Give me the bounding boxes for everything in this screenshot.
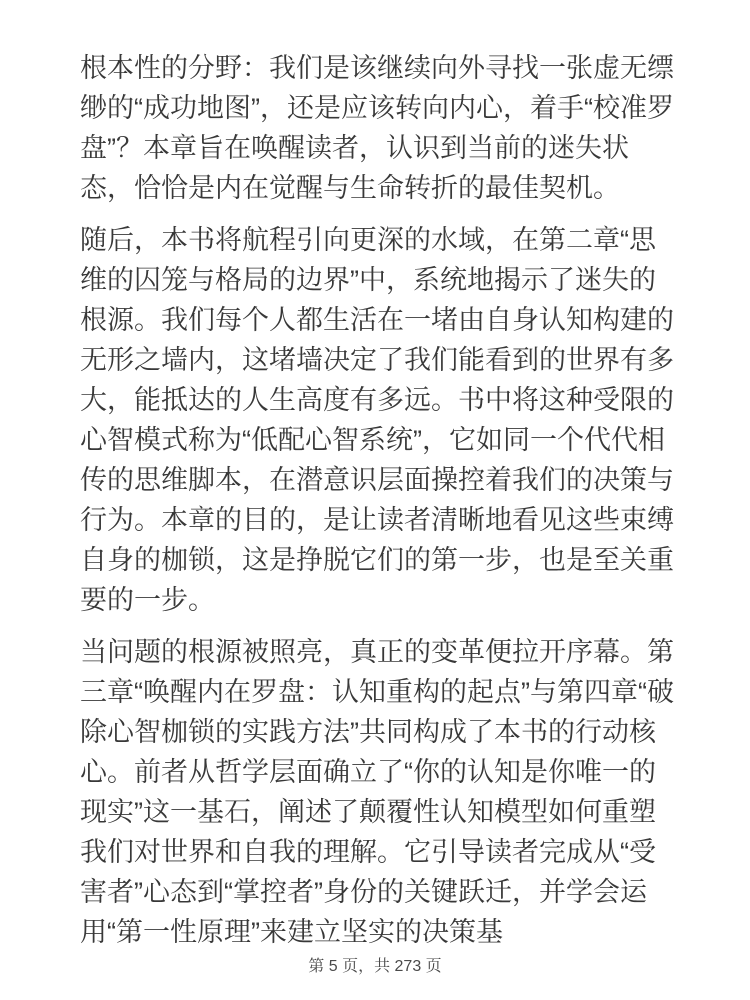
page-body: 根本性的分野：我们是该继续向外寻找一张虚无缥缈的“成功地图”，还是应该转向内心，… [0, 0, 750, 952]
body-paragraph-2: 随后，本书将航程引向更深的水域，在第二章“思维的囚笼与格局的边界”中，系统地揭示… [80, 220, 676, 620]
page-footer: 第 5 页，共 273 页 [0, 956, 750, 978]
page-number-indicator: 第 5 页，共 273 页 [308, 958, 441, 975]
body-paragraph-1: 根本性的分野：我们是该继续向外寻找一张虚无缥缈的“成功地图”，还是应该转向内心，… [80, 48, 676, 208]
body-paragraph-3: 当问题的根源被照亮，真正的变革便拉开序幕。第三章“唤醒内在罗盘：认知重构的起点”… [80, 632, 676, 952]
document-page: 根本性的分野：我们是该继续向外寻找一张虚无缥缈的“成功地图”，还是应该转向内心，… [0, 0, 750, 1000]
